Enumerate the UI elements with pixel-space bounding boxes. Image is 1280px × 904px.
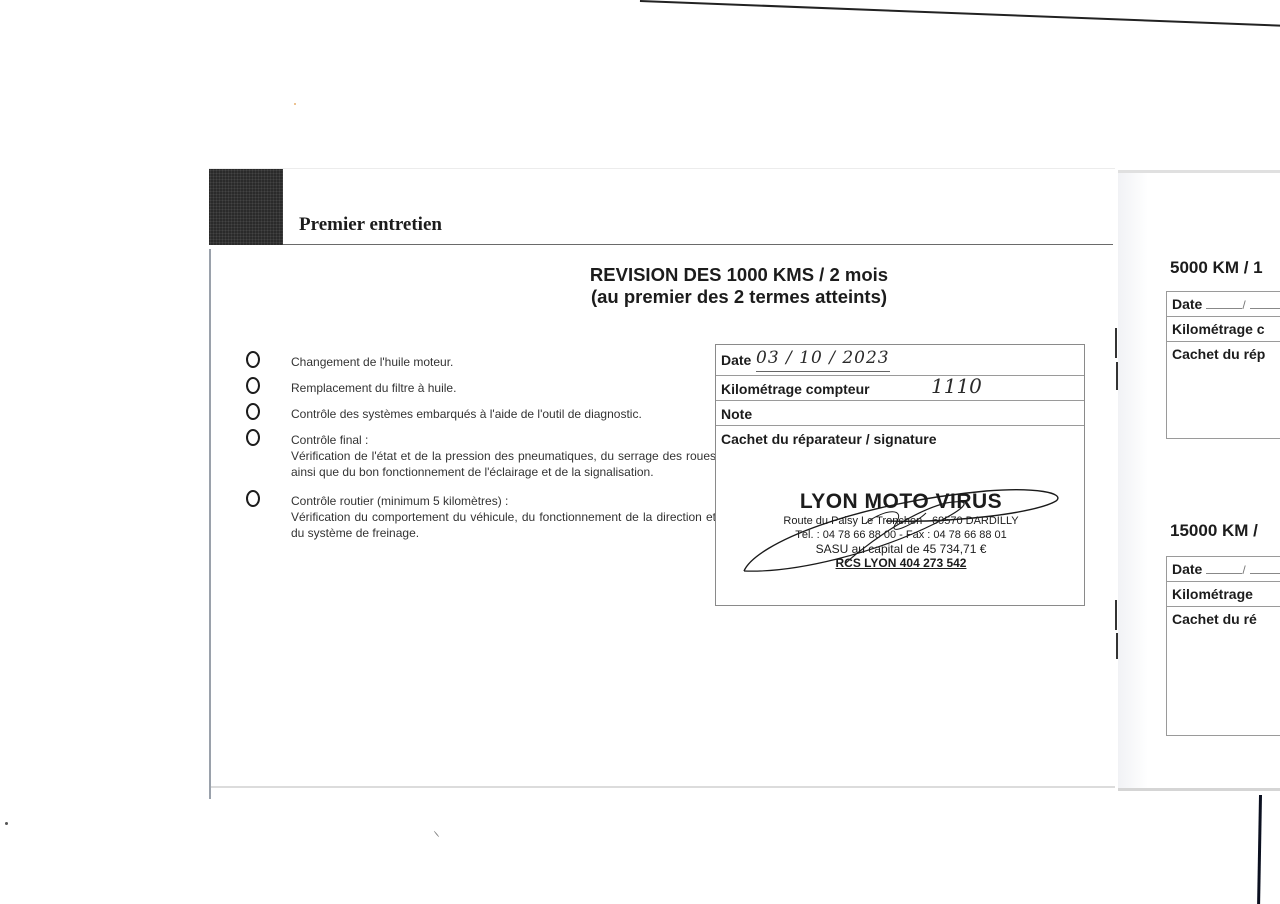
date-label: Date [1172,561,1202,577]
stamp-label: Cachet du réparateur / signature [721,431,937,447]
mileage-row: Kilométrage [1167,582,1280,607]
service-5000km-title: 5000 KM / 1 [1170,258,1263,278]
stamp-rcs: RCS LYON 404 273 542 [716,556,1086,570]
dealer-stamp: LYON MOTO VIRUS Route du Paisy Le Tronch… [716,490,1086,570]
revision-title: REVISION DES 1000 KMS / 2 mois (au premi… [429,264,1049,308]
service-15000km-title: 15000 KM / [1170,521,1258,541]
service-5000km-box: Date/ Kilométrage c Cachet du rép [1166,291,1280,439]
checklist-item: Remplacement du filtre à huile. [246,380,716,396]
scan-speck [434,831,440,838]
date-blank-field[interactable] [1250,559,1280,574]
stamp-address: Route du Paisy Le Tronchon - 69570 DARDI… [716,514,1086,528]
booklet-page-right: 5000 KM / 1 Date/ Kilométrage c Cachet d… [1118,170,1280,791]
checklist-item-detail: Vérification de l'état et de la pression… [291,448,716,480]
date-row: Date/ [1167,292,1280,317]
checkbox-circle-icon[interactable] [246,490,260,507]
stamp-capital: SASU au capital de 45 734,71 € [716,542,1086,556]
checkbox-circle-icon[interactable] [246,403,260,420]
date-label: Date [721,352,751,368]
binding-staple [1115,600,1117,630]
section-divider [283,244,1113,245]
date-blank-field[interactable] [1206,559,1242,574]
checklist-item-title: Contrôle final : [291,433,368,447]
stamp-row: Cachet du ré [1167,607,1280,735]
revision-title-line2: (au premier des 2 termes atteints) [429,286,1049,308]
service-record-box: Date 03 / 10 / 2023 Kilométrage compteur… [715,344,1085,606]
checkbox-circle-icon[interactable] [246,377,260,394]
checkbox-circle-icon[interactable] [246,429,260,446]
revision-title-line1: REVISION DES 1000 KMS / 2 mois [429,264,1049,286]
stamp-row: Cachet du rép [1167,342,1280,438]
stamp-company: LYON MOTO VIRUS [716,490,1086,514]
checklist-item: Changement de l'huile moteur. [246,354,716,370]
scan-speck [294,103,296,105]
checklist-item: Contrôle routier (minimum 5 kilomètres) … [246,493,716,541]
checklist-item-title: Contrôle des systèmes embarqués à l'aide… [291,407,642,421]
stamp-phone: Tél. : 04 78 66 88 00 - Fax : 04 78 66 8… [716,528,1086,542]
date-row: Date/ [1167,557,1280,582]
date-label: Date [1172,296,1202,312]
booklet-page-left: Premier entretien REVISION DES 1000 KMS … [209,168,1115,788]
date-value[interactable]: 03 / 10 / 2023 [756,345,890,372]
service-15000km-box: Date/ Kilométrage Cachet du ré [1166,556,1280,736]
note-label: Note [721,406,752,422]
checklist-item: Contrôle des systèmes embarqués à l'aide… [246,406,716,422]
checklist-item-title: Remplacement du filtre à huile. [291,381,456,395]
scan-page-edge-right [1257,795,1262,904]
mileage-value[interactable]: 1110 [931,373,982,399]
maintenance-checklist: Changement de l'huile moteur. Remplaceme… [246,354,716,551]
stamp-row: Cachet du réparateur / signature [716,426,1084,452]
scan-speck [5,822,8,825]
binding-staple [1115,328,1117,358]
date-blank-field[interactable] [1250,294,1280,309]
date-blank-field[interactable] [1206,294,1242,309]
checklist-item-detail: Vérification du comportement du véhicule… [291,509,716,541]
section-title: Premier entretien [299,214,442,236]
mileage-row: Kilométrage c [1167,317,1280,342]
scan-page-edge [640,0,1280,27]
mileage-label: Kilométrage compteur [721,381,870,397]
note-row: Note [716,401,1084,426]
section-marker-block [209,169,283,245]
checkbox-circle-icon[interactable] [246,351,260,368]
checklist-item-title: Contrôle routier (minimum 5 kilomètres) … [291,494,508,508]
date-row: Date 03 / 10 / 2023 [716,345,1084,376]
mileage-row: Kilométrage compteur 1110 [716,376,1084,401]
checklist-item: Contrôle final : Vérification de l'état … [246,432,716,480]
checklist-item-title: Changement de l'huile moteur. [291,355,453,369]
